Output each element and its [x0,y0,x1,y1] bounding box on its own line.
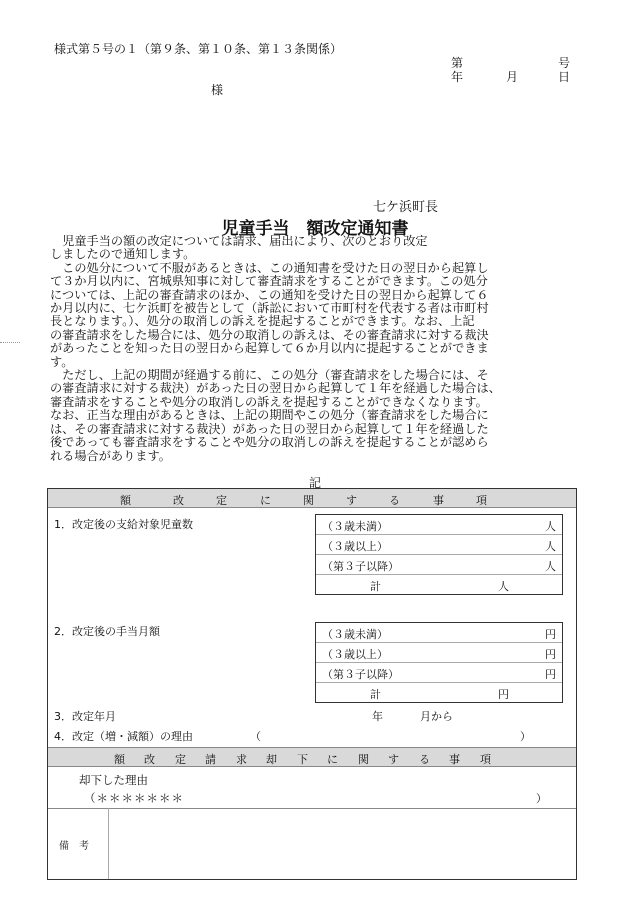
doc-number-suffix: 号 [558,56,570,70]
header-char: に [327,751,338,767]
body-line: しましたので通知します。 [50,248,570,261]
header-char: 関 [358,751,369,767]
child-count-row[interactable]: （３歳以上） 人 [316,535,562,555]
addressee: 様 [211,81,223,98]
header-char: 却 [266,751,277,767]
remarks-label: 備 考 [59,837,89,852]
allowance-total-row[interactable]: 計 円 [316,683,562,702]
total-unit: 円 [498,686,509,702]
body-line: 後であっても審査請求をすることや処分の取消しの訴えを提起することが認めら [50,436,570,449]
row-label: （第３子以降） [322,558,399,574]
row-label: （３歳以上） [322,538,388,554]
header-char: 下 [297,751,308,767]
document-number-date: 第 号 年 月 日 [451,56,571,84]
header-char: 定 [216,492,227,508]
child-count-total-row[interactable]: 計 人 [316,575,562,594]
item1-label: 1．改定後の支給対象児童数 [54,516,193,532]
form-number: 様式第５号の１（第９条、第１０条、第１３条関係） [54,40,342,57]
allowance-row[interactable]: （第３子以降） 円 [316,663,562,683]
child-count-row[interactable]: （３歳未満） 人 [316,515,562,535]
body-line: なお、正当な理由があるときは、上記の期間やこの処分（審査請求をした場合に [50,409,570,422]
body-line: て３か月以内に、宮城県知事に対して審査請求をすることができます。この処分 [50,275,570,288]
remarks-field[interactable] [109,809,576,879]
header-char: 請 [205,751,216,767]
body-line: があったことを知った日の翌日から起算して６か月以内に提起することができま [50,342,570,355]
item3-label: 3．改定年月 [54,708,116,724]
margin-dotted-line [0,342,20,343]
item2-label: 2．改定後の手当月額 [54,623,160,639]
total-unit: 人 [498,578,509,594]
body-line: の審査請求に対する裁決）があった日の翌日から起算して１年を経過した場合は、 [50,382,570,395]
total-label: 計 [370,686,381,702]
header-char: 求 [236,751,247,767]
header-char: 定 [175,751,186,767]
child-count-box: （３歳未満） 人 （３歳以上） 人 （第３子以降） 人 計 人 [315,514,563,595]
header-char: る [389,492,400,508]
allowance-row[interactable]: （３歳未満） 円 [316,623,562,643]
rejection-reason-label: 却下した理由 [79,772,148,788]
rejection-reason-value[interactable]: （＊＊＊＊＊＊＊ [84,790,184,806]
header-char: 額 [114,751,125,767]
header-char: す [388,751,399,767]
header-char: 事 [433,492,444,508]
row-unit: 人 [545,518,556,534]
item4-label: 4．改定（増・減額）の理由 [54,728,193,744]
row-label: （３歳以上） [322,646,388,662]
body-line: れる場合があります。 [50,450,570,463]
header-char: 改 [173,492,184,508]
row-label: （３歳未満） [322,518,388,534]
doc-number-prefix: 第 [451,56,463,70]
rejection-close-paren: ） [536,790,547,806]
header-char: る [419,751,430,767]
header-char: 事 [449,751,460,767]
row-unit: 円 [545,626,556,642]
child-count-row[interactable]: （第３子以降） 人 [316,555,562,575]
monthly-allowance-box: （３歳未満） 円 （３歳以上） 円 （第３子以降） 円 計 円 [315,622,563,703]
total-label: 計 [370,578,381,594]
row-label: （３歳未満） [322,626,388,642]
header-char: 改 [144,751,155,767]
body-text: 児童手当の額の改定については請求、届出により、次のとおり改定 しましたので通知し… [50,235,570,463]
header-char: 項 [476,492,487,508]
row-label: （第３子以降） [322,666,399,682]
section-header-amount-revision: 額 改 定 に 関 す る 事 項 [48,489,576,508]
reason-open-paren: （ [250,728,261,744]
row-unit: 円 [545,666,556,682]
row-unit: 円 [545,646,556,662]
issuer: 七ケ浜町長 [373,196,438,215]
revision-year[interactable]: 年 [372,708,383,724]
row-unit: 人 [545,538,556,554]
row-unit: 人 [545,558,556,574]
allowance-row[interactable]: （３歳以上） 円 [316,643,562,663]
body-line: 長となります。）、処分の取消しの訴えを提起することができます。なお、上記 [50,315,570,328]
header-char: す [346,492,357,508]
header-char: に [260,492,271,508]
header-char: 項 [480,751,491,767]
header-char: 額 [120,492,131,508]
date-month: 月 [506,70,518,84]
section-header-rejection: 額 改 定 請 求 却 下 に 関 す る 事 項 [48,747,576,767]
header-char: 関 [303,492,314,508]
date-day: 日 [558,70,570,84]
date-year: 年 [451,70,463,84]
reason-close-paren: ） [520,728,531,744]
body-line: 児童手当の額の改定については請求、届出により、次のとおり改定 [50,235,570,248]
revision-month-from[interactable]: 月から [420,708,453,724]
details-table: 額 改 定 に 関 す る 事 項 1．改定後の支給対象児童数 （３歳未満） 人… [47,488,577,880]
